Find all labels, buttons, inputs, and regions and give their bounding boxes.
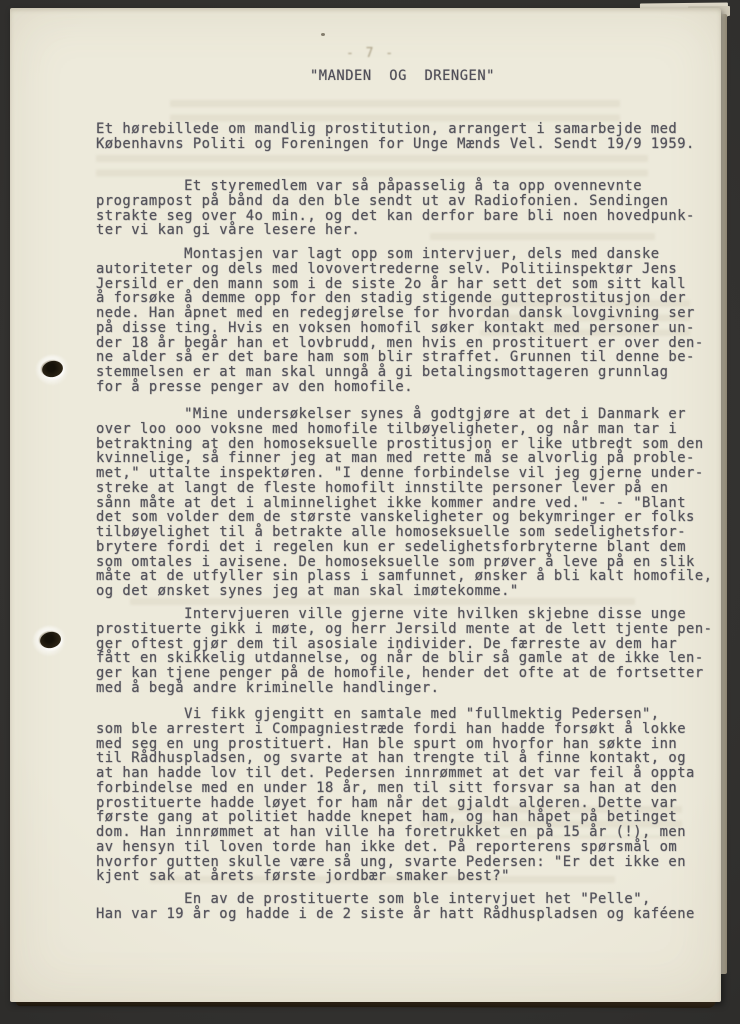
typewritten-paragraph-pedersen: Vi fikk gjengitt en samtale med "fullmek… — [96, 707, 720, 884]
typewritten-paragraph-inspector-quote: "Mine undersøkelser synes å godtgjøre at… — [96, 407, 720, 599]
typewritten-paragraph-recording: Et styremedlem var så påpasselig å ta op… — [96, 179, 720, 238]
typewritten-paragraph-montage: Montasjen var lagt opp som intervjuer, d… — [96, 247, 720, 395]
typewritten-paragraph-pelle: En av de prostituerte som ble intervjuet… — [96, 892, 720, 922]
typewritten-paragraph-fate: Intervjueren ville gjerne vite hvilken s… — [96, 607, 720, 696]
document-title: "MANDEN OG DRENGEN" — [310, 68, 495, 84]
typewritten-paragraph-intro: Et hørebillede om mandlig prostitution, … — [96, 122, 720, 152]
typewritten-page: - 7 - "MANDEN OG DRENGEN" Et hørebillede… — [10, 8, 721, 1002]
bleed-through-ghost-text — [96, 155, 648, 178]
ghost-page-number: - 7 - — [346, 46, 395, 61]
ink-speck — [321, 33, 325, 36]
